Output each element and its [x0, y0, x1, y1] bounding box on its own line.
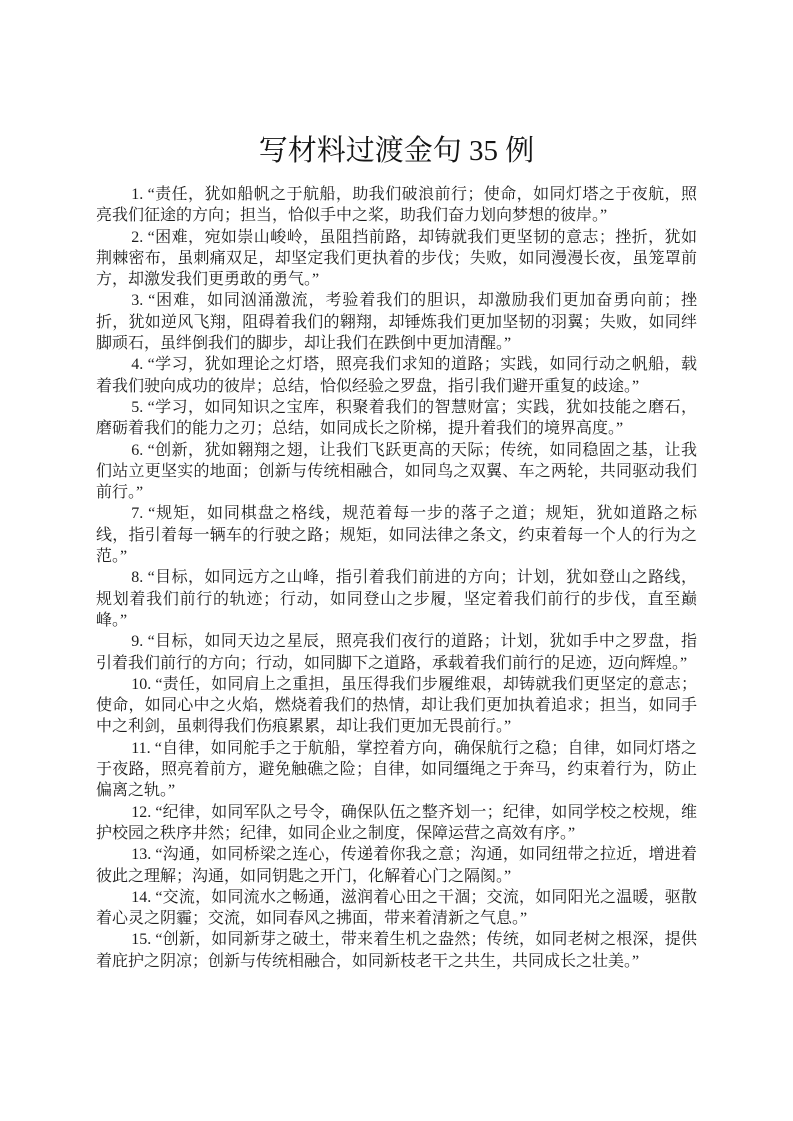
- paragraph-8: 8. “目标，如同远方之山峰，指引着我们前进的方向；计划，犹如登山之路线，规划着…: [96, 567, 697, 631]
- document-page: 写材料过渡金句 35 例 1. “责任，犹如船帆之于航船，助我们破浪前行；使命，…: [0, 0, 793, 1121]
- paragraph-13: 13. “沟通，如同桥梁之连心，传递着你我之意；沟通，如同纽带之拉近，增进着彼此…: [96, 844, 697, 887]
- paragraph-7: 7. “规矩，如同棋盘之格线，规范着每一步的落子之道；规矩，犹如道路之标线，指引…: [96, 503, 697, 567]
- paragraph-1: 1. “责任，犹如船帆之于航船，助我们破浪前行；使命，如同灯塔之于夜航，照亮我们…: [96, 184, 697, 227]
- paragraph-6: 6. “创新，犹如翱翔之翅，让我们飞跃更高的天际；传统，如同稳固之基，让我们站立…: [96, 440, 697, 504]
- paragraph-12: 12. “纪律，如同军队之号令，确保队伍之整齐划一；纪律，如同学校之校规，维护校…: [96, 802, 697, 845]
- paragraph-11: 11. “自律，如同舵手之于航船，掌控着方向，确保航行之稳；自律，如同灯塔之于夜…: [96, 738, 697, 802]
- paragraph-3: 3. “困难，如同汹涌激流，考验着我们的胆识，却激励我们更加奋勇向前；挫折，犹如…: [96, 290, 697, 354]
- paragraph-5: 5. “学习，如同知识之宝库，积聚着我们的智慧财富；实践，犹如技能之磨石，磨砺着…: [96, 397, 697, 440]
- page-title: 写材料过渡金句 35 例: [96, 132, 697, 170]
- paragraph-10: 10. “责任，如同肩上之重担，虽压得我们步履维艰，却铸就我们更坚定的意志；使命…: [96, 674, 697, 738]
- paragraph-2: 2. “困难，宛如崇山峻岭，虽阻挡前路，却铸就我们更坚韧的意志；挫折，犹如荆棘密…: [96, 227, 697, 291]
- paragraph-14: 14. “交流，如同流水之畅通，滋润着心田之干涸；交流，如同阳光之温暖，驱散着心…: [96, 887, 697, 930]
- paragraph-15: 15. “创新，如同新芽之破土，带来着生机之盎然；传统，如同老树之根深，提供着庇…: [96, 929, 697, 972]
- paragraph-4: 4. “学习，犹如理论之灯塔，照亮我们求知的道路；实践，如同行动之帆船，载着我们…: [96, 354, 697, 397]
- paragraph-9: 9. “目标，如同天边之星辰，照亮我们夜行的道路；计划，犹如手中之罗盘，指引着我…: [96, 631, 697, 674]
- document-body: 1. “责任，犹如船帆之于航船，助我们破浪前行；使命，如同灯塔之于夜航，照亮我们…: [96, 184, 697, 972]
